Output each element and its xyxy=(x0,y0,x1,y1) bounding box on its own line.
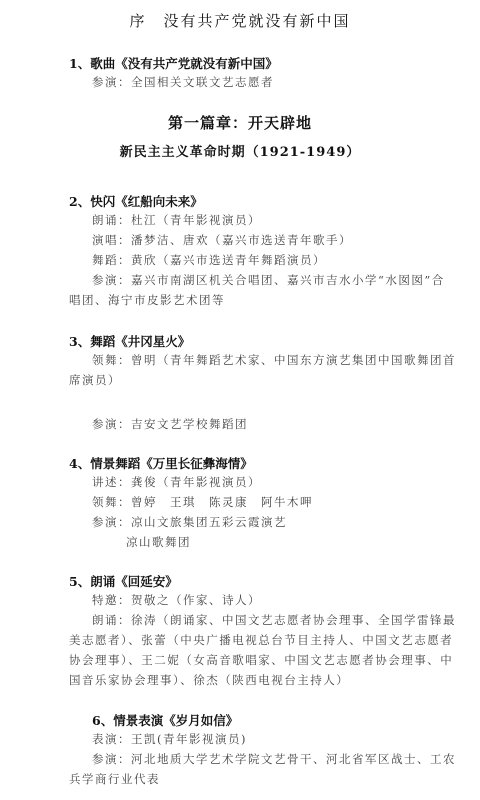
program-item-line: 朗诵：徐涛（朗诵家、中国文艺志愿者协会理事、全国学雷锋最 xyxy=(92,612,456,628)
program-item-line-continued: 国音乐家协会理事）、徐杰（陕西电视台主持人） xyxy=(69,672,349,688)
program-item-line: 表演：王凯(青年影视演员) xyxy=(92,731,247,747)
prologue-title: 序 没有共产党就没有新中国 xyxy=(0,10,480,31)
program-item-line: 参演：吉安文艺学校舞蹈团 xyxy=(92,416,248,432)
program-item-line: 演唱：潘梦洁、唐欢（嘉兴市选送青年歌手） xyxy=(92,232,352,248)
program-item-line: 参演：全国相关文联文艺志愿者 xyxy=(92,74,274,90)
program-item-line: 朗诵：杜江（青年影视演员） xyxy=(92,212,261,228)
program-item-heading: 2、快闪《红船向未来》 xyxy=(69,192,203,210)
program-item-line: 参演：嘉兴市南湖区机关合唱团、嘉兴市吉水小学“水囡囡”合 xyxy=(92,272,445,288)
program-item-heading: 3、舞蹈《井冈星火》 xyxy=(69,332,190,350)
program-item-line-continued: 协会理事）、王二妮（女高音歌唱家、中国文艺志愿者协会理事、中 xyxy=(69,652,453,668)
program-item-line-continued: 唱团、海宁市皮影艺术团等 xyxy=(69,292,225,308)
program-item-line: 参演：凉山文旅集团五彩云霞演艺 xyxy=(92,514,287,530)
program-item-line: 特邀：贺敬之（作家、诗人） xyxy=(92,592,261,608)
program-item-heading: 4、情景舞蹈《万里长征彝海情》 xyxy=(69,454,253,472)
program-item-heading: 1、歌曲《没有共产党就没有新中国》 xyxy=(69,54,278,72)
program-item-line: 参演：河北地质大学艺术学院文艺骨干、河北省军区战士、工农 xyxy=(92,751,456,767)
program-item-line-continued: 凉山歌舞团 xyxy=(126,534,191,550)
program-item-line: 舞蹈：黄欣（嘉兴市选送青年舞蹈演员） xyxy=(92,252,326,268)
chapter-title: 第一篇章：开天辟地 xyxy=(0,112,480,133)
program-item-heading: 5、朗诵《回延安》 xyxy=(69,572,178,590)
program-item-line: 讲述：龚俊（青年影视演员） xyxy=(92,474,261,490)
program-item-line: 领舞：曾明（青年舞蹈艺术家、中国东方演艺集团中国歌舞团首 xyxy=(92,352,456,368)
program-item-line-continued: 兵学商行业代表 xyxy=(69,771,160,787)
program-item-line: 领舞：曾婷 王琪 陈灵康 阿牛木呷 xyxy=(92,494,313,510)
program-item-line-continued: 席演员） xyxy=(69,372,121,388)
program-item-line-continued: 美志愿者）、张蕾（中央广播电视总台节目主持人、中国文艺志愿者 xyxy=(69,632,453,648)
chapter-period: 新民主主义革命时期（1921-1949） xyxy=(0,141,480,160)
program-item-heading: 6、情景表演《岁月如信》 xyxy=(92,711,238,729)
